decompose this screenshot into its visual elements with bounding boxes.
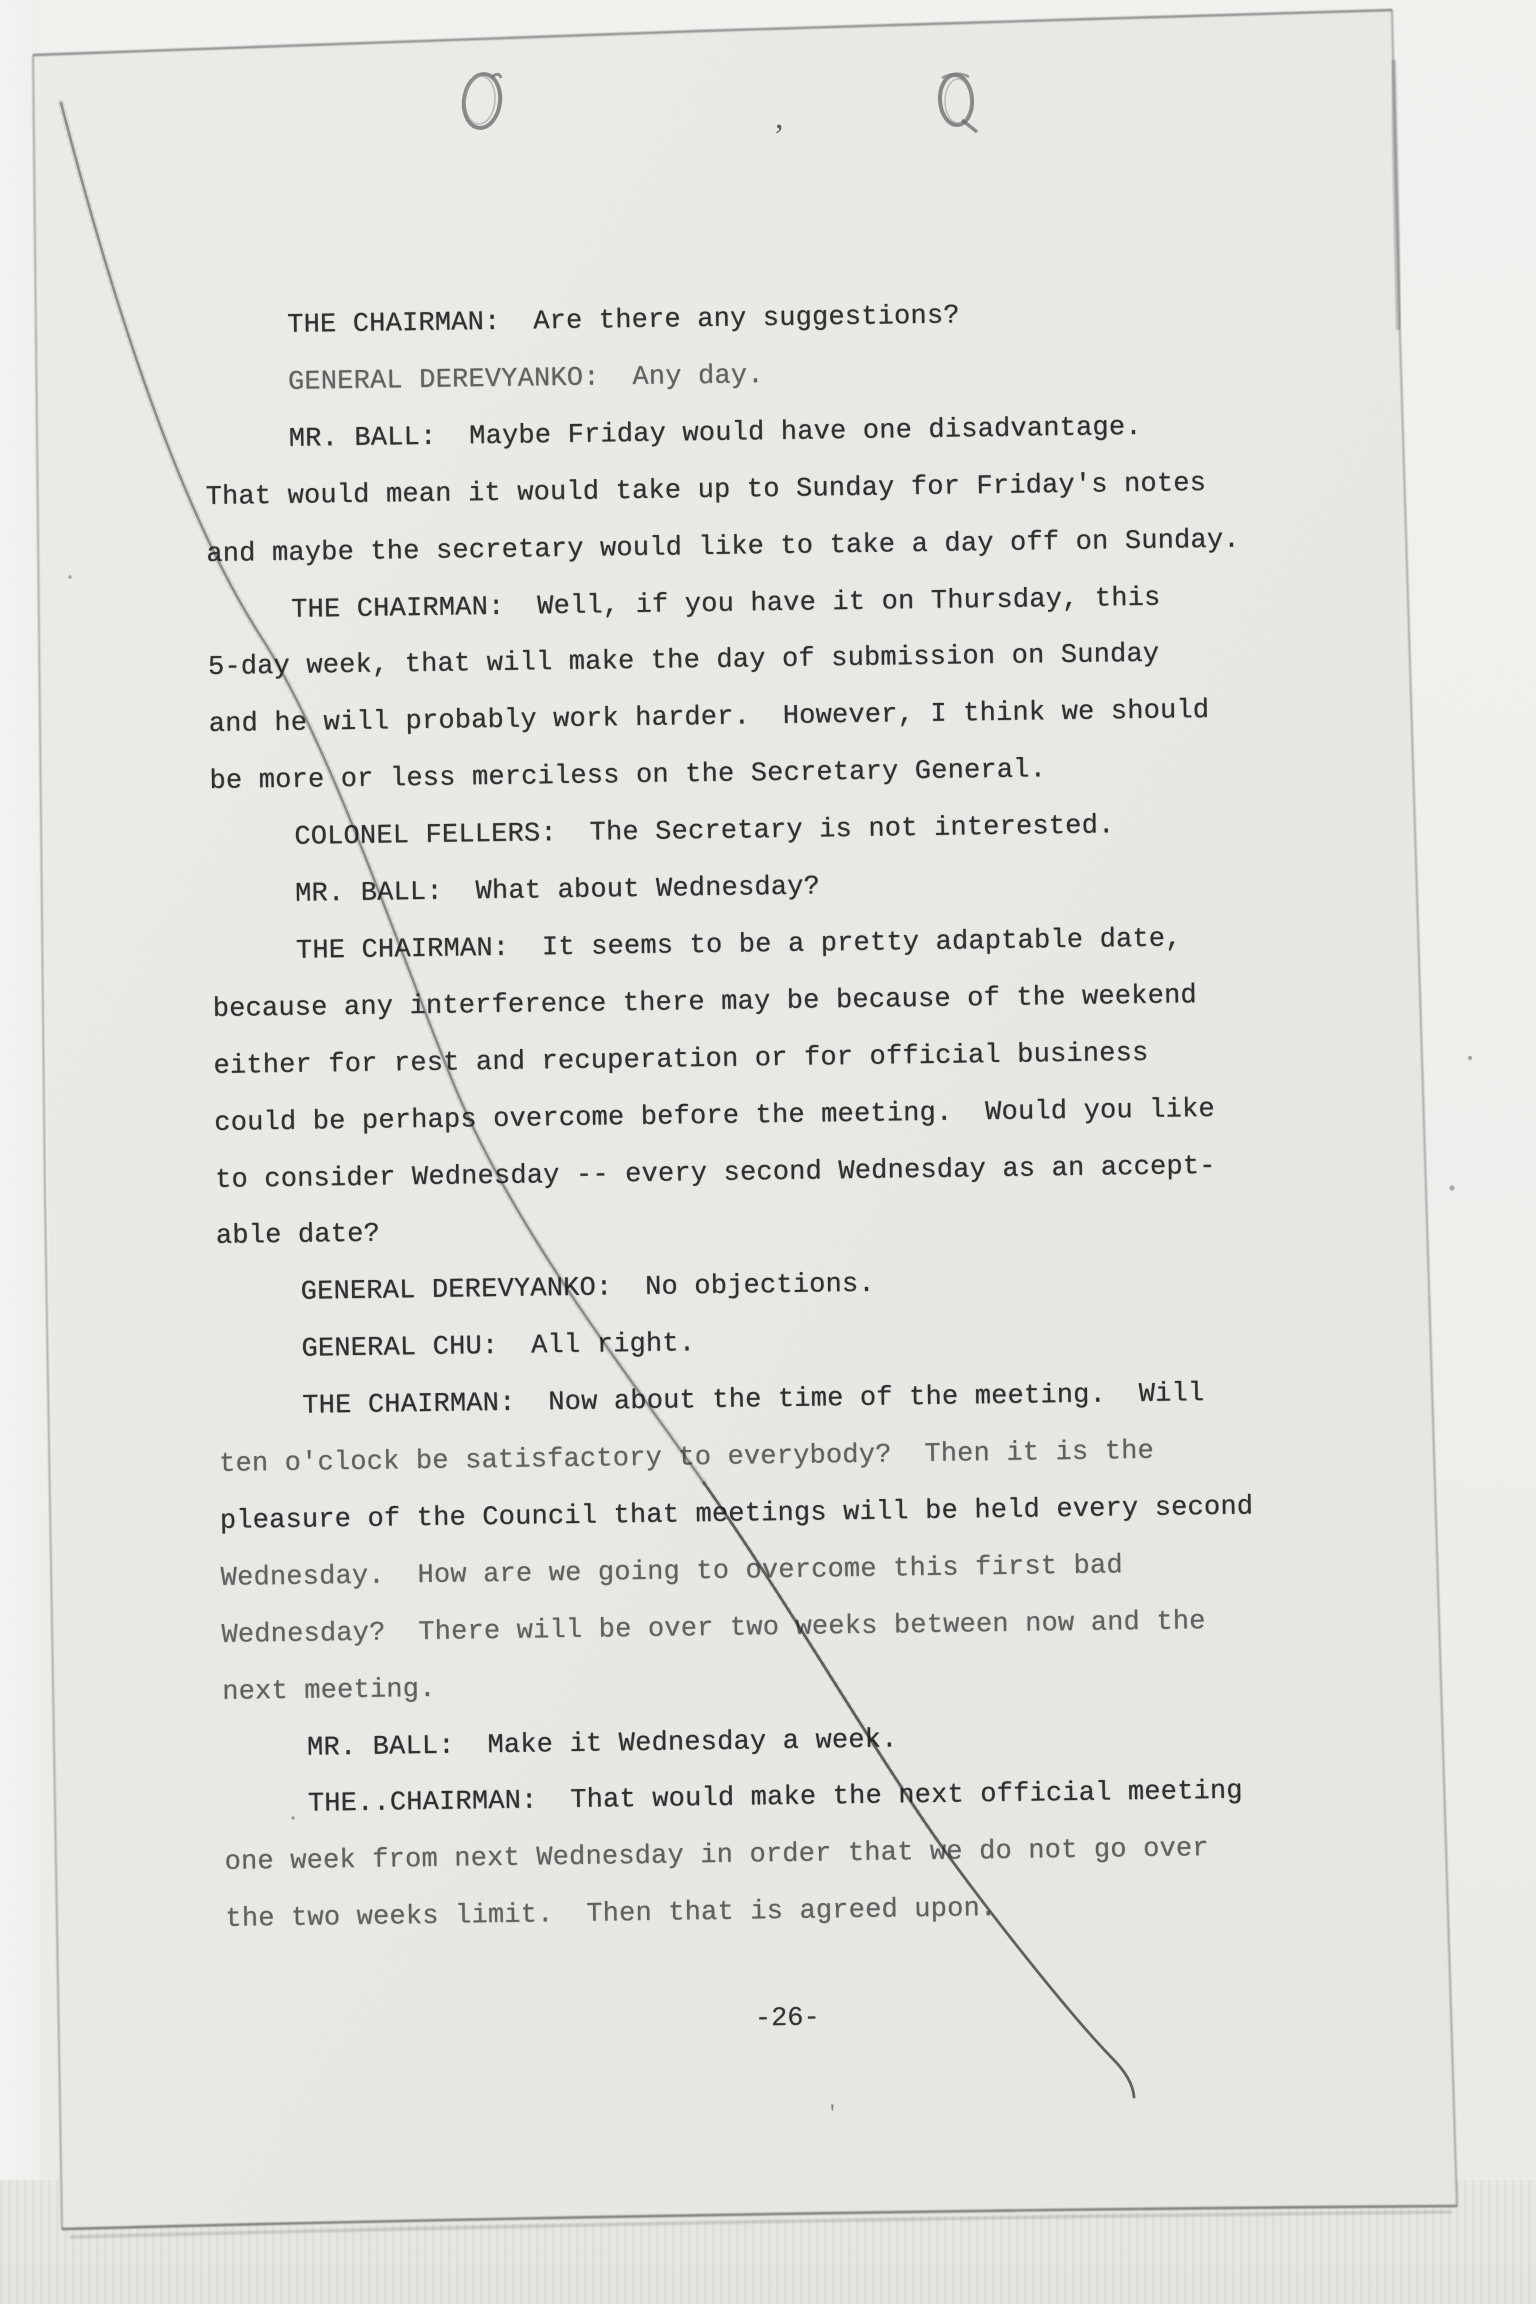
speck-left-1 [68, 575, 72, 579]
stray-comma-mark: , [775, 99, 784, 136]
transcript-line: and he will probably work harder. Howeve… [209, 695, 1210, 741]
transcript-line: 5-day week, that will make the day of su… [208, 639, 1160, 684]
transcript-line: Wednesday. How are we going to overcome … [220, 1550, 1123, 1595]
transcript-line: because any interference there may be be… [213, 980, 1198, 1026]
transcript-line: That would mean it would take up to Sund… [205, 468, 1206, 514]
transcript-line: either for rest and recuperation or for … [213, 1038, 1148, 1083]
transcript-text-block: THE CHAIRMAN: Are there any suggestions?… [203, 293, 1500, 2271]
transcript-line: Wednesday? There will be over two weeks … [221, 1606, 1206, 1652]
transcript-line: THE CHAIRMAN: It seems to be a pretty ad… [296, 923, 1182, 967]
transcript-line: GENERAL CHU: All right. [301, 1328, 695, 1365]
page-number: -26- [755, 2003, 820, 2036]
scanned-document-page: , ' THE CHAIRMAN: Are there any suggesti… [0, 0, 1536, 2304]
transcript-line: THE CHAIRMAN: Well, if you have it on Th… [291, 582, 1161, 626]
transcript-line: able date? [216, 1219, 380, 1253]
transcript-line: next meeting. [222, 1673, 436, 1708]
transcript-line: GENERAL DEREVYANKO: Any day. [288, 360, 764, 399]
transcript-line: MR. BALL: Make it Wednesday a week. [307, 1724, 898, 1764]
transcript-line: THE..CHAIRMAN: That would make the next … [308, 1776, 1243, 1821]
transcript-line: ten o'clock be satisfactory to everybody… [219, 1436, 1154, 1481]
transcript-line: and maybe the secretary would like to ta… [206, 524, 1240, 570]
transcript-line: THE CHAIRMAN: Now about the time of the … [302, 1378, 1205, 1423]
transcript-line: COLONEL FELLERS: The Secretary is not in… [294, 810, 1115, 853]
transcript-line: GENERAL DEREVYANKO: No objections. [300, 1269, 874, 1309]
transcript-line: to consider Wednesday -- every second We… [215, 1150, 1216, 1196]
transcript-line: could be perhaps overcome before the mee… [214, 1094, 1215, 1140]
transcript-line: MR. BALL: What about Wednesday? [295, 871, 820, 910]
transcript-line: one week from next Wednesday in order th… [224, 1833, 1209, 1879]
transcript-line: pleasure of the Council that meetings wi… [220, 1491, 1254, 1537]
transcript-line: MR. BALL: Maybe Friday would have one di… [289, 412, 1142, 456]
transcript-line: be more or less merciless on the Secreta… [209, 754, 1046, 798]
transcript-line: the two weeks limit. Then that is agreed… [225, 1893, 996, 1936]
